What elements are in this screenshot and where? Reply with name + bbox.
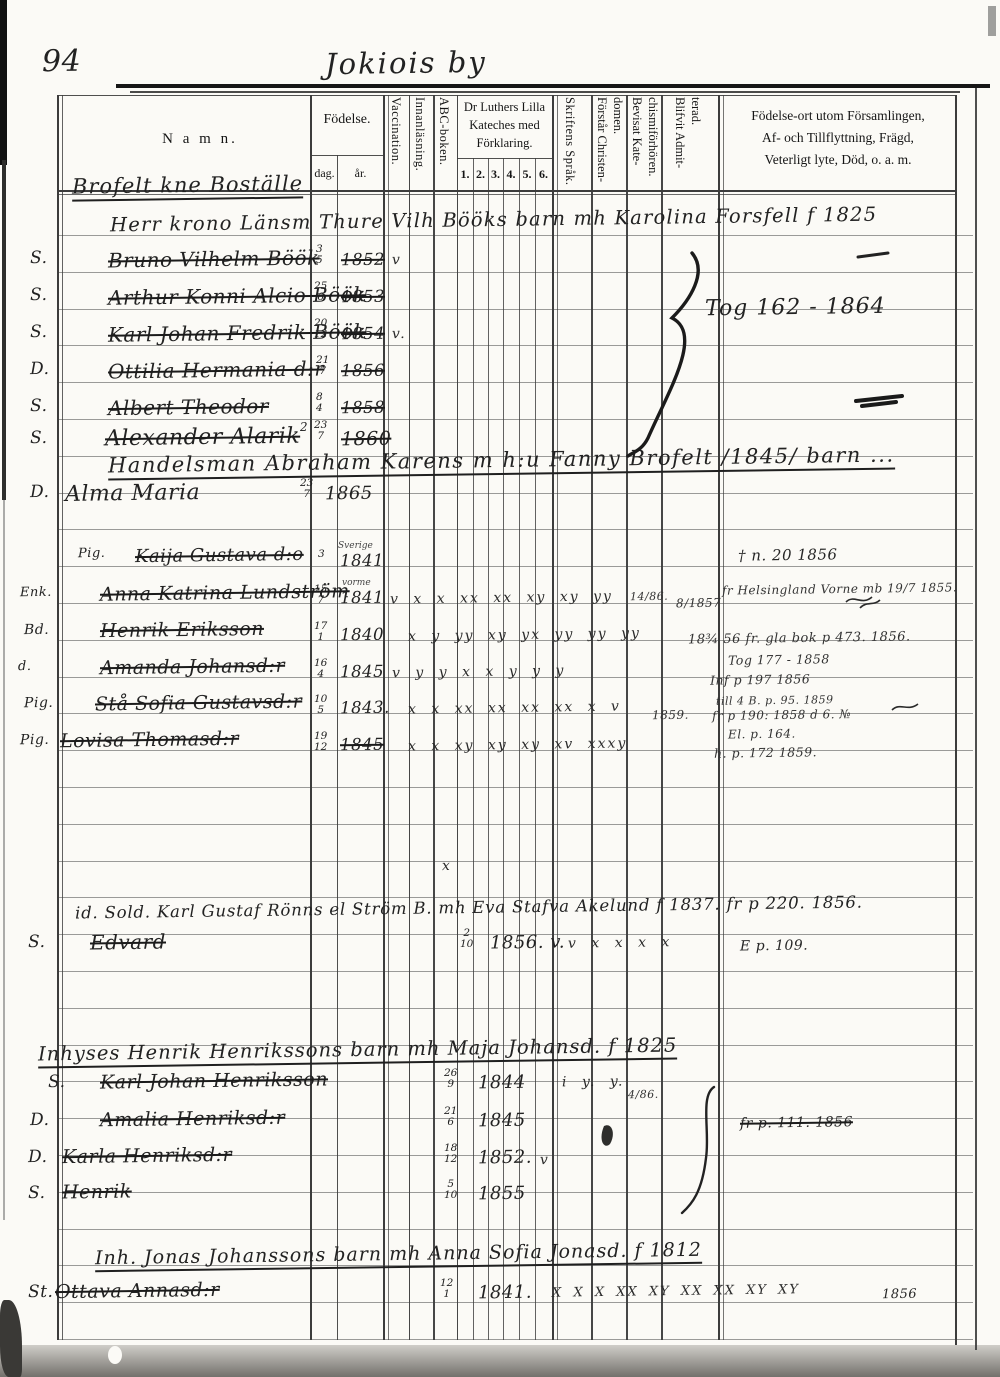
kateches-subcol-3: 3. (488, 167, 503, 182)
exam-marks: v x x xx xx xy xy yy (390, 588, 613, 607)
row-name: Karla Henriksd:r (62, 1144, 232, 1168)
birth-year: 1845 (340, 735, 384, 755)
row-name: Bruno Vilhelm Böök (108, 246, 320, 273)
exam-marks: i y. y. (562, 1074, 625, 1091)
row-rule (57, 971, 973, 972)
row-name: Lovisa Thomasd:r (60, 728, 239, 752)
column-rule (409, 95, 410, 1340)
pen-dash (858, 253, 888, 257)
birth-year: 1860 (341, 428, 392, 451)
birth-year: 1845 (478, 1110, 526, 1132)
birth-year: 1840 (340, 625, 384, 645)
row-prefix: D. (30, 482, 50, 502)
page-title: Jokiois by (325, 45, 487, 81)
column-rule (433, 95, 435, 1340)
row-prefix: S. (30, 396, 48, 416)
bottom-scan-band (0, 1345, 1000, 1377)
margin-note-tog-177: Tog 177 - 1858 (728, 651, 830, 667)
row-prefix: d. (18, 659, 32, 674)
birth-year: 1852. (478, 1147, 532, 1169)
birth-date: 237 (314, 420, 327, 442)
row-rule (57, 1008, 973, 1009)
row-prefix: S. (30, 428, 48, 448)
row-prefix: Enk. (20, 585, 52, 600)
birth-month: 9 (447, 1079, 454, 1090)
row-prefix: Pig. (20, 732, 50, 748)
row-name: Amanda Johansd:r (100, 655, 285, 680)
row-prefix: D. (28, 1147, 48, 1167)
row-name: Edvard (90, 929, 166, 954)
col-header-kateches-line1: Dr Luthers Lilla (457, 100, 552, 115)
page-number: 94 (42, 44, 82, 80)
birth-month: 7 (317, 595, 324, 606)
column-rule (557, 95, 558, 1340)
forstar-line2: domen. (610, 97, 625, 189)
birth-date: 121 (440, 1278, 453, 1300)
row-prefix: S. (30, 285, 48, 305)
column-rule (57, 95, 59, 1340)
row-rule (57, 1229, 973, 1230)
blifvit-line2: terad. (688, 97, 703, 189)
col-header-forstar-christendomen: Förstår Christen- domen. (594, 97, 625, 189)
section-heading-brofelt: Brofelt kne Boställe (72, 171, 304, 201)
row-name: Ottava Annasd:r (55, 1279, 220, 1303)
family-line-book: Herr krono Länsm Thure Vilh Bööks barn m… (110, 203, 878, 237)
birth-place-small: vorme (342, 578, 371, 588)
birth-date: 3 (318, 549, 325, 560)
exam-marks: x y yy xy yx yy yy yy (408, 625, 641, 644)
col-header-abc-boken: ABC-boken. (436, 97, 451, 189)
birth-year: 1853 (341, 287, 385, 307)
row-prefix: Pig. (78, 546, 106, 561)
margin-note-helsingland: fr Helsingland Vorne mb 19/7 1855. (722, 580, 957, 597)
birth-date: 510 (444, 1179, 457, 1201)
birth-year: 1854 (341, 324, 385, 344)
row-name: Henrik Eriksson (100, 618, 264, 642)
col-header-kateches-line3: Förklaring. (457, 136, 552, 151)
row-name: Anna Katrina Lundström (100, 580, 350, 605)
birth-date: 256 (314, 281, 327, 303)
birth-date: 2012 (314, 318, 327, 340)
row-name: Alma Maria (65, 480, 201, 507)
row-name: Karl Johan Fredrik Böök (108, 319, 367, 347)
bottom-notch (108, 1346, 122, 1364)
birth-date: 217 (316, 355, 329, 377)
birth-year: 1856. v. (490, 931, 565, 953)
forstar-line1: Förstår Christen- (594, 97, 609, 189)
birth-month: 10 (460, 939, 473, 950)
integral-brace (682, 1087, 714, 1213)
margin-note-tog-162: Tog 162 - 1864 (705, 294, 886, 322)
blifvit-line1: Blifvit Admit- (672, 97, 687, 189)
margin-note-486: 4/86. (628, 1088, 659, 1101)
col-header-namn: N a m n. (120, 131, 280, 148)
exam-marks: v x x x x (568, 934, 672, 951)
birth-month: 4 (316, 403, 323, 414)
row-prefix: S. (30, 322, 48, 342)
col-header-fodelseort-line3: Veterligt lyte, Död, o. a. m. (722, 152, 954, 168)
birth-month: 4 (317, 669, 324, 680)
margin-note-1486: 14/86. (630, 590, 668, 604)
margin-note-death: † n. 20 1856 (738, 545, 838, 564)
bevisat-line2: chismiförhören. (645, 97, 660, 189)
col-header-fodelseort-line1: Födelse-ort utom Församlingen, (722, 108, 954, 124)
birth-year: 1845 (340, 662, 384, 682)
row-prefix: S. (28, 932, 46, 952)
column-rule (955, 95, 957, 1345)
row-name: Karl Johan Henriksson (100, 1068, 328, 1093)
row-prefix: St. (28, 1282, 54, 1302)
header-rule (57, 95, 955, 96)
col-header-innanlasning: Innanläsning. (412, 97, 427, 189)
margin-note-till-4b: till 4 B. p. 95. 1859 (716, 693, 834, 708)
row-prefix: S. (48, 1072, 66, 1092)
margin-note-1859: 1859. (652, 708, 689, 723)
column-rule (626, 95, 628, 1340)
margin-note-1856: 1856 (882, 1287, 917, 1302)
margin-note-glabok: 18¾ 56 fr. gla bok p 473. 1856. (688, 629, 911, 647)
col-header-bevisat-katechismforhoren: Bevisat Kate- chismiförhören. (629, 97, 660, 189)
birth-year: 1841. (478, 1282, 532, 1304)
left-binding-streak (2, 160, 6, 500)
birth-year: 1855 (478, 1183, 526, 1205)
birth-date: 210 (460, 928, 473, 950)
birth-date: 216 (444, 1106, 457, 1128)
birth-month: 12 (444, 1154, 457, 1165)
margin-note-fr-111: fr p. 111. 1856 (740, 1114, 853, 1132)
row-name: Stå Sofia Gustavsd:r (95, 691, 303, 716)
row-rule (57, 419, 973, 420)
column-rule (383, 95, 385, 1340)
birth-month: 6 (447, 1117, 454, 1128)
birth-year: 1841 (340, 551, 384, 571)
birth-year: 1856 (341, 361, 385, 381)
row-name: Kaija Gustava d:o (135, 544, 304, 567)
single-mark: x (442, 858, 452, 874)
birth-month: 7 (317, 431, 324, 442)
birth-month: 7 (303, 489, 310, 500)
row-name: Amalia Henriksd:r (100, 1107, 286, 1132)
scanned-church-record-page: 94 Jokiois by N a m n. Födelse. dag. år.… (0, 0, 1000, 1377)
birth-date: 269 (444, 1068, 457, 1090)
birth-date: 171 (314, 621, 327, 643)
bevisat-line1: Bevisat Kate- (629, 97, 644, 189)
birth-date: 237 (300, 478, 313, 500)
column-rule (591, 95, 593, 1340)
row-name: Albert Theodor (108, 394, 269, 420)
birth-month: 1 (443, 1289, 450, 1300)
row-rule (57, 529, 973, 530)
row-name: Henrik (62, 1181, 132, 1204)
margin-note-81857: 8/1857 (676, 596, 721, 611)
col-header-fodelseort-line2: Af- och Tillflyttning, Frägd, (722, 130, 954, 146)
row-rule (57, 824, 973, 825)
ink-blob (602, 1125, 613, 1146)
col-header-kateches-line2: Kateches med (457, 118, 552, 133)
birth-date: 84 (316, 392, 323, 414)
bottom-left-ink-blob (0, 1300, 22, 1377)
exam-marks: x x xy xy xy xv xxxy (408, 735, 628, 754)
exam-marks: X X X XX XY XX XX XY XY (552, 1282, 800, 1300)
birth-date: 35 (316, 244, 323, 266)
row-name: Alexander Alarik (105, 424, 301, 452)
header-rule (310, 155, 383, 156)
birth-month: 6 (317, 292, 324, 303)
col-header-blifvit-admitterad: Blifvit Admit- terad. (672, 97, 703, 189)
top-right-corner-mark (988, 6, 996, 36)
birth-month: 7 (319, 366, 326, 377)
birth-place-small: Sverige (338, 541, 373, 551)
column-rule (552, 95, 554, 1340)
birth-year: 1858 (341, 398, 385, 418)
birth-day: 3 (318, 549, 325, 560)
margin-note-fr-190: fr p 190: 1858 d 6. № (712, 707, 851, 723)
row-rule (57, 787, 973, 788)
birth-month: 12 (314, 742, 327, 753)
left-binding-shadow (0, 0, 7, 165)
margin-note-hp-172: h. p. 172 1859. (714, 744, 817, 760)
birth-extra: 2 (300, 420, 308, 434)
birth-year: 1865 (325, 483, 373, 505)
col-header-ar: år. (338, 166, 383, 181)
kateches-subcol-2: 2. (473, 167, 488, 182)
heavy-scribble (856, 396, 902, 406)
squiggle-2 (892, 704, 918, 710)
title-rule-thin (130, 91, 960, 93)
exam-marks: x x xx xx xx xx x v (408, 699, 621, 718)
exam-marks: v (392, 252, 402, 268)
row-rule (57, 861, 973, 862)
row-name: Ottilia Hermania d:r (108, 356, 325, 383)
birth-month: 1 (317, 632, 324, 643)
birth-year: 1844 (478, 1072, 526, 1094)
birth-month: 5 (316, 255, 323, 266)
birth-month: 10 (444, 1190, 457, 1201)
column-rule (388, 95, 389, 1340)
birth-date: 105 (314, 694, 327, 716)
col-header-skriftens-sprak: Skriftens Språk. (562, 97, 577, 189)
kateches-subcol-1: 1. (457, 167, 473, 182)
col-header-vaccination: Vaccination. (388, 97, 403, 189)
row-rule (57, 272, 973, 273)
family-line-jonas: Inh. Jonas Johanssons barn mh Anna Sofia… (95, 1239, 702, 1272)
row-prefix: D. (30, 359, 50, 379)
birth-date: 1812 (444, 1143, 457, 1165)
birth-month: 12 (314, 329, 327, 340)
column-rule (310, 95, 312, 1340)
row-prefix: D. (30, 1110, 50, 1130)
col-header-dag: dag. (311, 166, 338, 181)
row-rule (57, 1339, 973, 1340)
row-prefix: S. (28, 1183, 46, 1203)
family-line-henriksson: Inhyses Henrik Henrikssons barn mh Maja … (38, 1034, 678, 1069)
kateches-subcol-6: 6. (535, 167, 552, 182)
kateches-subcol-5: 5. (519, 167, 535, 182)
col-header-fodelse: Födelse. (311, 112, 383, 128)
margin-note-ep-109: E p. 109. (740, 938, 808, 955)
title-rule-heavy (116, 84, 990, 88)
margin-note-el-164: El. p. 164. (728, 727, 796, 742)
row-prefix: Bd. (24, 622, 49, 638)
birth-date: 157 (314, 584, 327, 606)
birth-year: 1841 (340, 588, 384, 608)
birth-year: 1843. (340, 698, 390, 718)
exam-marks: v (540, 1152, 550, 1168)
header-rule (457, 158, 552, 159)
big-brace (628, 253, 698, 456)
birth-year: 1852 (341, 250, 385, 270)
column-rule (975, 88, 977, 1350)
birth-date: 164 (314, 658, 327, 680)
row-prefix: S. (30, 248, 48, 268)
birth-month: 5 (317, 705, 324, 716)
left-binding-streak-faint (3, 500, 5, 1220)
exam-marks: v. (392, 326, 407, 342)
birth-date: 1912 (314, 731, 327, 753)
exam-marks: v y y x x y y y (392, 663, 566, 681)
row-prefix: Pig. (24, 695, 54, 711)
kateches-subcol-4: 4. (503, 167, 519, 182)
margin-note-inf-197: Inf p 197 1856 (710, 671, 810, 687)
